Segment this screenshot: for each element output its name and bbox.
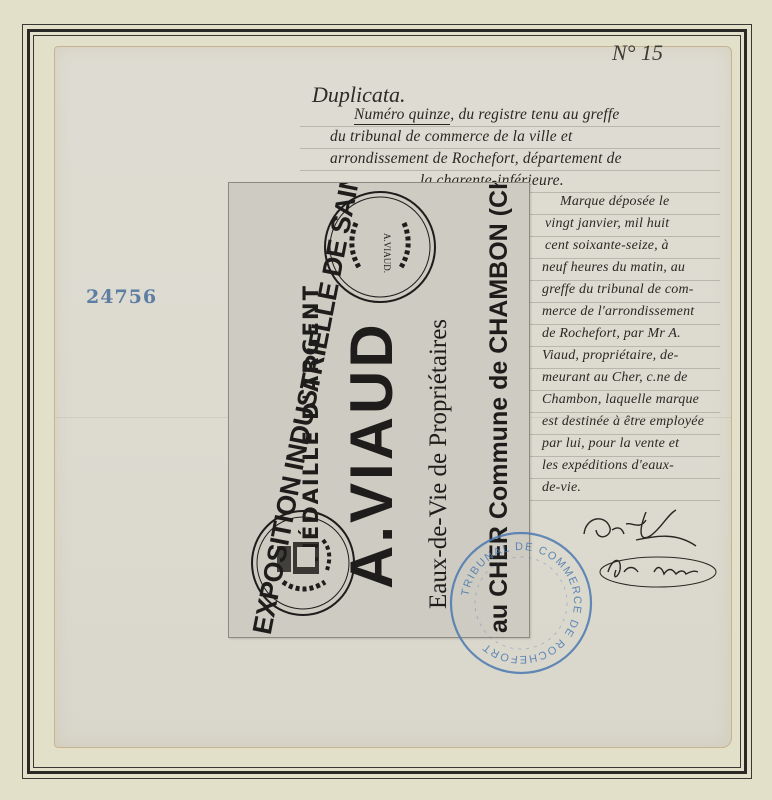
handwritten-line: Viaud, propriétaire, de-	[542, 348, 678, 364]
medal-exposition-icon: A.VIAUD.	[324, 191, 436, 303]
ruled-line	[530, 390, 720, 391]
handwritten-line: meurant au Cher, c.ne de	[542, 370, 688, 386]
ruled-line	[530, 324, 720, 325]
ruled-line	[530, 500, 720, 501]
viaud-signature	[594, 552, 724, 592]
medal-saintes-coat-of-arms-icon	[251, 510, 355, 616]
archive-number-stamp: 24756	[86, 286, 157, 308]
handwritten-line: est destinée à être employée	[542, 414, 704, 430]
handwritten-line: de Rochefort, par Mr A.	[542, 326, 681, 342]
ruled-line	[530, 434, 720, 435]
trademark-label: EXPOSITION INDUSTRIELLE DE SAINTES MÉDAI…	[228, 182, 530, 638]
handwritten-line: de-vie.	[542, 480, 581, 496]
ruled-line	[530, 478, 720, 479]
greffier-signature	[576, 506, 706, 556]
ruled-line	[530, 280, 720, 281]
handwritten-line: Chambon, laquelle marque	[542, 392, 699, 408]
ruled-line	[530, 412, 720, 413]
handwritten-line: cent soixante-seize, à	[545, 238, 669, 254]
label-product: Eaux-de-Vie de Propriétaires	[425, 319, 453, 609]
handwritten-line: merce de l'arrondissement	[542, 304, 694, 320]
handwritten-line: neuf heures du matin, au	[542, 260, 685, 276]
ruled-line	[300, 148, 720, 149]
ruled-line	[530, 214, 720, 215]
handwritten-line: vingt janvier, mil huit	[545, 216, 669, 232]
ruled-line	[530, 368, 720, 369]
ruled-line	[300, 126, 720, 127]
ruled-line	[530, 346, 720, 347]
handwritten-line: greffe du tribunal de com-	[542, 282, 694, 298]
ruled-line	[300, 170, 720, 171]
handwritten-line: Marque déposée le	[560, 194, 669, 210]
handwritten-line: les expéditions d'eaux-	[542, 458, 674, 474]
handwritten-line: par lui, pour la vente et	[542, 436, 679, 452]
heading-underline	[354, 124, 450, 125]
handwritten-line: du tribunal de commerce de la ville et	[330, 128, 572, 146]
ruled-line	[530, 236, 720, 237]
document-number: N° 15	[612, 40, 663, 66]
label-location: au CHER Commune de CHAMBON (Cha.te Inf.r…	[485, 182, 514, 633]
ruled-line	[530, 456, 720, 457]
document-heading: Duplicata.	[312, 82, 406, 108]
ruled-line	[530, 302, 720, 303]
handwritten-line: Numéro quinze, du registre tenu au greff…	[354, 106, 620, 124]
svg-text:A.VIAUD.: A.VIAUD.	[382, 233, 392, 273]
ruled-line	[530, 258, 720, 259]
handwritten-line: arrondissement de Rochefort, département…	[330, 150, 622, 168]
